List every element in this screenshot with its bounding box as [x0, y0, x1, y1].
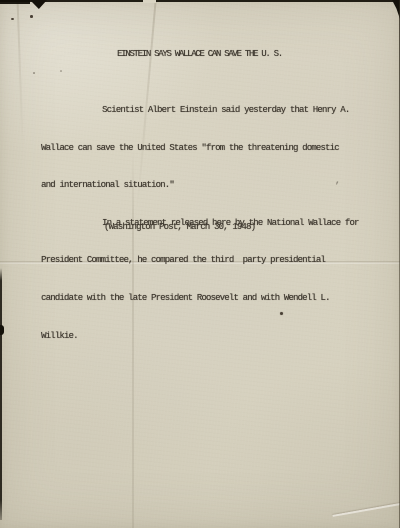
- scan-edge-left-lower: [0, 268, 2, 520]
- paper-speck: [60, 70, 62, 72]
- paragraph-line: candidate with the late President Roosev…: [41, 290, 359, 308]
- document-scan: EINSTEIN SAYS WALLACE CAN SAVE THE U. S.…: [0, 0, 400, 528]
- paper-speck: [30, 15, 33, 18]
- citation-line: (Washington Post, March 30, 1948): [104, 222, 255, 232]
- document-title: EINSTEIN SAYS WALLACE CAN SAVE THE U. S.: [117, 49, 282, 59]
- paragraph-line: President Committee, he compared the thi…: [41, 252, 359, 270]
- paragraph-line: and international situation.": [41, 177, 359, 195]
- stray-typewriter-mark: ,: [335, 176, 340, 186]
- scan-edge-top-left: [0, 0, 30, 4]
- paper-speck: [11, 18, 14, 20]
- scan-edge-top: [0, 0, 400, 2]
- paragraph-line: Willkie.: [41, 328, 359, 346]
- scan-edge-top-gap: [143, 0, 156, 3]
- paragraph-line: Wallace can save the United States "from…: [41, 140, 359, 158]
- torn-notch-left: [0, 325, 4, 335]
- paragraph-line: Scientist Albert Einstein said yesterday…: [41, 102, 359, 120]
- paper-speck: [33, 72, 35, 74]
